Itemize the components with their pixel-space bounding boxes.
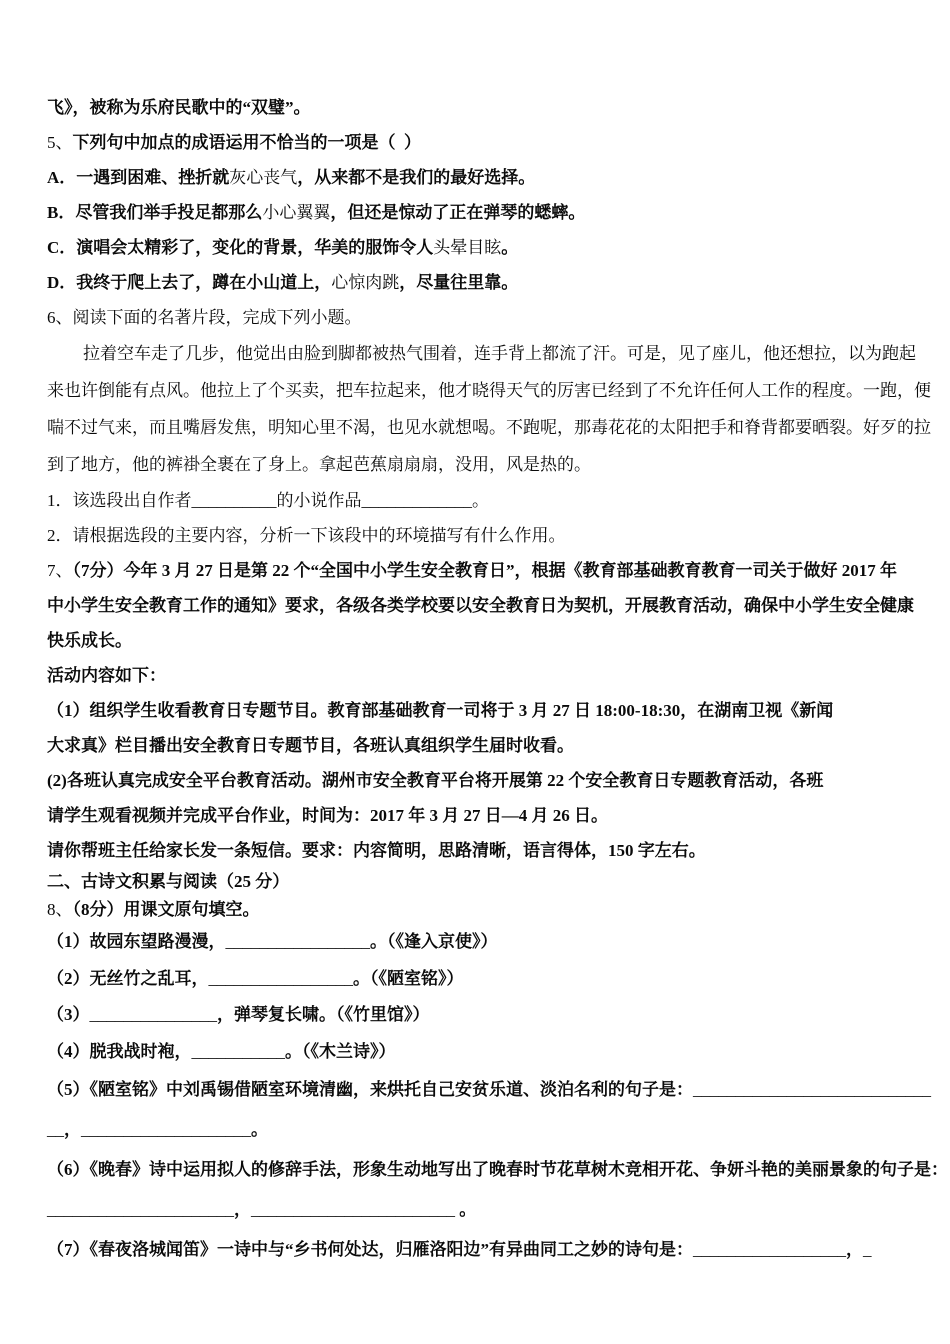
text-segment: ，弹琴复长啸。（《竹里馆》） <box>217 1005 430 1024</box>
text-segment: 来也许倒能有点风。他拉上了个买卖，把车拉起来，他才晓得天气的厉害已经到了不允许任… <box>47 381 931 400</box>
fill-in-blank: _______________ <box>90 1005 218 1024</box>
question-7-line-1: 7、（7分）今年 3 月 27 日是第 22 个“全国中小学生安全教育日”，根据… <box>47 553 920 588</box>
text-segment: 灰心丧气 <box>229 168 297 187</box>
activity-2-line-1: (2)各班认真完成安全平台教育活动。湖州市安全教育平台将开展第 22 个安全教育… <box>47 763 920 798</box>
text-segment: ，尽量往里靠。 <box>399 273 518 292</box>
intro-continuation: 飞》，被称为乐府民歌中的“双璧”。 <box>47 90 920 125</box>
text-segment: 拉着空车走了几步，他觉出由脸到脚都被热气围着，连手背上都流了汗。可是，见了座儿，… <box>83 344 916 363</box>
question-8-item-6-continued: ______________________，_________________… <box>47 1190 920 1230</box>
text-segment: （7分）今年 3 月 27 日是第 22 个“全国中小学生安全教育日”，根据《教… <box>73 561 898 580</box>
section-2-heading: 二、古诗文积累与阅读（25 分） <box>47 868 920 896</box>
text-segment: (2)各班认真完成安全平台教育活动。湖州市安全教育平台将开展第 22 个安全教育… <box>47 771 823 790</box>
text-segment: 6、 <box>47 308 73 327</box>
fill-in-blank: ____________________ <box>81 1120 251 1139</box>
activity-1-line-1: （1）组织学生收看教育日专题节目。教育部基础教育一司将于 3 月 27 日 18… <box>47 693 920 728</box>
text-segment: 。（《逢入京使》） <box>370 932 498 951</box>
text-segment: 请学生观看视频并完成平台作业，时间为：2017 年 3 月 27 日—4 月 2… <box>47 806 608 825</box>
text-segment: （7）《春夜洛城闻笛》一诗中与“乡书何处达，归雁洛阳边”有异曲同工之妙的诗句是： <box>47 1240 693 1259</box>
exam-page: 飞》，被称为乐府民歌中的“双璧”。5、下列句中加点的成语运用不恰当的一项是（ ）… <box>0 0 950 1344</box>
text-segment: ， <box>64 1120 81 1139</box>
question-6-excerpt-line-4: 到了地方，他的裤褂全裹在了身上。拿起芭蕉扇扇扇，没用，风是热的。 <box>47 446 920 483</box>
question-5-option-b: B．尽管我们举手投足都那么小心翼翼，但还是惊动了正在弹琴的蟋蟀。 <box>47 195 920 230</box>
question-5-option-d: D．我终于爬上去了，蹲在小山道上，心惊肉跳，尽量往里靠。 <box>47 265 920 300</box>
text-segment: 。 <box>455 1200 476 1219</box>
question-6-stem: 6、阅读下面的名著片段，完成下列小题。 <box>47 300 920 335</box>
text-segment: （6）《晚春》诗中运用拟人的修辞手法，形象生动地写出了晚春时节花草树木竞相开花、… <box>47 1160 948 1179</box>
text-segment: 活动内容如下： <box>47 666 166 685</box>
text-segment: 请你帮班主任给家长发一条短信。要求：内容简明，思路清晰，语言得体，150 字左右… <box>47 841 706 860</box>
text-segment: （3） <box>47 1005 90 1024</box>
question-8-item-6: （6）《晚春》诗中运用拟人的修辞手法，形象生动地写出了晚春时节花草树木竞相开花、… <box>47 1150 920 1190</box>
fill-in-blank: _________________ <box>226 932 371 951</box>
text-segment: 8、 <box>47 900 73 919</box>
text-segment: （1）故园东望路漫漫， <box>47 932 226 951</box>
question-8-item-1: （1）故园东望路漫漫，_________________。（《逢入京使》） <box>47 924 920 961</box>
text-segment: 5、 <box>47 133 73 152</box>
text-segment: 1．该选段出自作者 <box>47 491 192 510</box>
text-segment: 二、古诗文积累与阅读（25 分） <box>47 872 289 891</box>
fill-in-blank: _________________ <box>209 969 354 988</box>
text-segment: 喘不过气来，而且嘴唇发焦，明知心里不渴，也见水就想喝。不跑呢，那毒花花的太阳把手… <box>47 418 931 437</box>
text-segment: ，但还是惊动了正在弹琴的蟋蟀。 <box>330 203 585 222</box>
fill-in-blank: ________________________ <box>251 1200 455 1219</box>
text-segment: A．一遇到困难、挫折就 <box>47 168 229 187</box>
text-segment: （2）无丝竹之乱耳， <box>47 969 209 988</box>
text-segment: C．演唱会太精彩了，变化的背景，华美的服饰令人 <box>47 238 433 257</box>
text-segment: 。（《木兰诗》） <box>285 1042 396 1061</box>
text-segment: 下列句中加点的成语运用不恰当的一项是（ ） <box>73 133 422 152</box>
text-segment: ， <box>234 1200 251 1219</box>
text-segment: 飞》，被称为乐府民歌中的“双璧”。 <box>47 98 311 117</box>
text-segment: 7、 <box>47 561 73 580</box>
fill-in-blank: _____________ <box>362 491 473 510</box>
text-segment: D．我终于爬上去了，蹲在小山道上， <box>47 273 331 292</box>
text-segment: 的小说作品 <box>277 491 362 510</box>
text-segment: 心惊肉跳 <box>331 273 399 292</box>
fill-in-blank: ______________________ <box>47 1200 234 1219</box>
activity-1-line-2: 大求真》栏目播出安全教育日专题节目，各班认真组织学生届时收看。 <box>47 728 920 763</box>
text-segment: 快乐成长。 <box>47 631 132 650</box>
question-7-line-3: 快乐成长。 <box>47 623 920 658</box>
question-5-option-a: A．一遇到困难、挫折就灰心丧气，从来都不是我们的最好选择。 <box>47 160 920 195</box>
text-segment: （4）脱我战时袍， <box>47 1042 192 1061</box>
fill-in-blank: _ <box>863 1240 872 1259</box>
question-6-excerpt-line-1: 拉着空车走了几步，他觉出由脸到脚都被热气围着，连手背上都流了汗。可是，见了座儿，… <box>47 335 920 372</box>
question-5-option-c: C．演唱会太精彩了，变化的背景，华美的服饰令人头晕目眩。 <box>47 230 920 265</box>
text-segment: 。 <box>501 238 518 257</box>
text-segment: （8分）用课文原句填空。 <box>73 900 260 919</box>
text-segment: 。 <box>251 1120 268 1139</box>
fill-in-blank: __________ <box>192 491 277 510</box>
question-8-stem: 8、（8分）用课文原句填空。 <box>47 896 920 924</box>
activities-heading: 活动内容如下： <box>47 658 920 693</box>
question-8-item-3: （3）_______________，弹琴复长啸。（《竹里馆》） <box>47 997 920 1034</box>
question-5-stem: 5、下列句中加点的成语运用不恰当的一项是（ ） <box>47 125 920 160</box>
text-segment: （5）《陋室铭》中刘禹锡借陋室环境清幽，来烘托自己安贫乐道、淡泊名利的句子是： <box>47 1080 693 1099</box>
question-8-item-4: （4）脱我战时袍，___________。（《木兰诗》） <box>47 1034 920 1071</box>
text-segment: （1）组织学生收看教育日专题节目。教育部基础教育一司将于 3 月 27 日 18… <box>47 701 833 720</box>
text-segment: 小心翼翼 <box>262 203 330 222</box>
fill-in-blank: ____________________________ <box>693 1080 931 1099</box>
question-6-excerpt-line-2: 来也许倒能有点风。他拉上了个买卖，把车拉起来，他才晓得天气的厉害已经到了不允许任… <box>47 372 920 409</box>
question-8-item-7: （7）《春夜洛城闻笛》一诗中与“乡书何处达，归雁洛阳边”有异曲同工之妙的诗句是：… <box>47 1230 920 1270</box>
fill-in-blank: __________________ <box>693 1240 846 1259</box>
text-segment: 。（《陋室铭》） <box>353 969 464 988</box>
question-6-excerpt-line-3: 喘不过气来，而且嘴唇发焦，明知心里不渴，也见水就想喝。不跑呢，那毒花花的太阳把手… <box>47 409 920 446</box>
fill-in-blank: __ <box>47 1120 64 1139</box>
text-segment: ， <box>846 1240 863 1259</box>
text-segment: B．尽管我们举手投足都那么 <box>47 203 262 222</box>
text-segment: 。 <box>472 491 489 510</box>
text-segment: 到了地方，他的裤褂全裹在了身上。拿起芭蕉扇扇扇，没用，风是热的。 <box>47 455 591 474</box>
question-8-item-5-continued: __，____________________。 <box>47 1110 920 1150</box>
question-8-item-5: （5）《陋室铭》中刘禹锡借陋室环境清幽，来烘托自己安贫乐道、淡泊名利的句子是：_… <box>47 1070 920 1110</box>
question-6-sub-2: 2．请根据选段的主要内容，分析一下该段中的环境描写有什么作用。 <box>47 518 920 553</box>
fill-in-blank: ___________ <box>192 1042 286 1061</box>
sms-task: 请你帮班主任给家长发一条短信。要求：内容简明，思路清晰，语言得体，150 字左右… <box>47 833 920 868</box>
question-6-sub-1: 1．该选段出自作者__________的小说作品_____________。 <box>47 483 920 518</box>
text-segment: 2．请根据选段的主要内容，分析一下该段中的环境描写有什么作用。 <box>47 526 566 545</box>
question-7-line-2: 中小学生安全教育工作的通知》要求，各级各类学校要以安全教育日为契机，开展教育活动… <box>47 588 920 623</box>
text-segment: 头晕目眩 <box>433 238 501 257</box>
question-8-item-2: （2）无丝竹之乱耳，_________________。（《陋室铭》） <box>47 961 920 998</box>
activity-2-line-2: 请学生观看视频并完成平台作业，时间为：2017 年 3 月 27 日—4 月 2… <box>47 798 920 833</box>
text-segment: 中小学生安全教育工作的通知》要求，各级各类学校要以安全教育日为契机，开展教育活动… <box>47 596 914 615</box>
text-segment: 大求真》栏目播出安全教育日专题节目，各班认真组织学生届时收看。 <box>47 736 574 755</box>
text-segment: 阅读下面的名著片段，完成下列小题。 <box>73 308 362 327</box>
text-segment: ，从来都不是我们的最好选择。 <box>297 168 535 187</box>
